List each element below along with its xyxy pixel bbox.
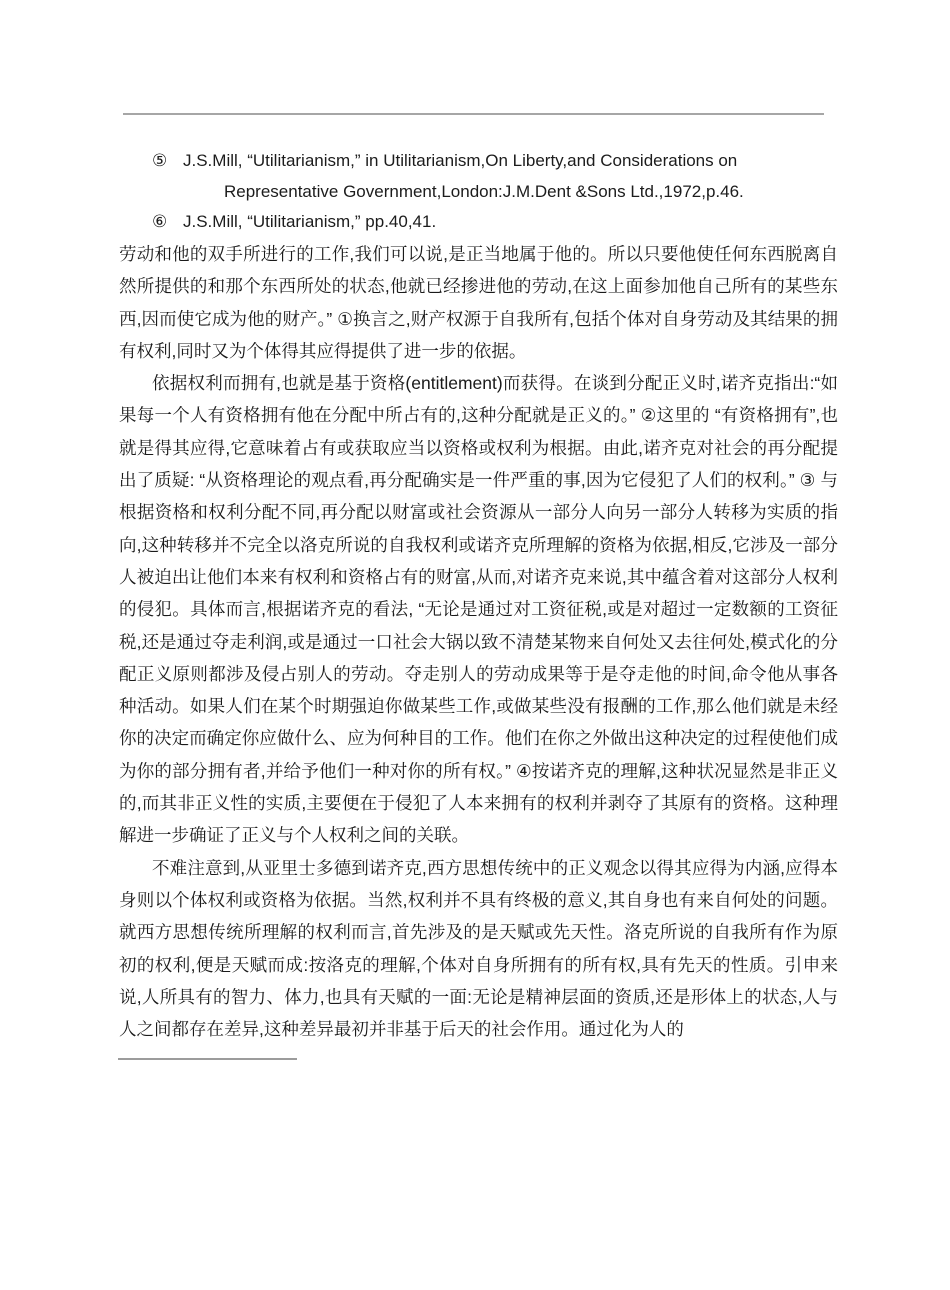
footnote-text-6: J.S.Mill, “Utilitarianism,” pp.40,41. bbox=[183, 207, 932, 238]
document-page: ⑤ J.S.Mill, “Utilitarianism,” in Utilita… bbox=[0, 0, 950, 1290]
footnote-item-6: ⑥ J.S.Mill, “Utilitarianism,” pp.40,41. bbox=[152, 207, 932, 238]
footnote-text-5: J.S.Mill, “Utilitarianism,” in Utilitari… bbox=[183, 146, 932, 177]
paragraph-3: 不难注意到,从亚里士多德到诺齐克,西方思想传统中的正义观念以得其应得为内涵,应得… bbox=[119, 852, 838, 1046]
footnote-separator-rule bbox=[118, 1058, 297, 1060]
footnote-marker-6: ⑥ bbox=[152, 207, 183, 238]
footnote-5-continuation: Representative Government,London:J.M.Den… bbox=[152, 177, 932, 208]
paragraph-1: 劳动和他的双手所进行的工作,我们可以说,是正当地属于他的。所以只要他使任何东西脱… bbox=[119, 238, 838, 367]
footnote-item-5: ⑤ J.S.Mill, “Utilitarianism,” in Utilita… bbox=[152, 146, 932, 177]
footnote-marker-5: ⑤ bbox=[152, 146, 183, 177]
header-rule bbox=[123, 113, 824, 115]
paragraph-2: 依据权利而拥有,也就是基于资格(entitlement)而获得。在谈到分配正义时… bbox=[119, 367, 838, 851]
footnotes-block: ⑤ J.S.Mill, “Utilitarianism,” in Utilita… bbox=[152, 146, 932, 238]
body-text: 劳动和他的双手所进行的工作,我们可以说,是正当地属于他的。所以只要他使任何东西脱… bbox=[119, 238, 838, 1045]
